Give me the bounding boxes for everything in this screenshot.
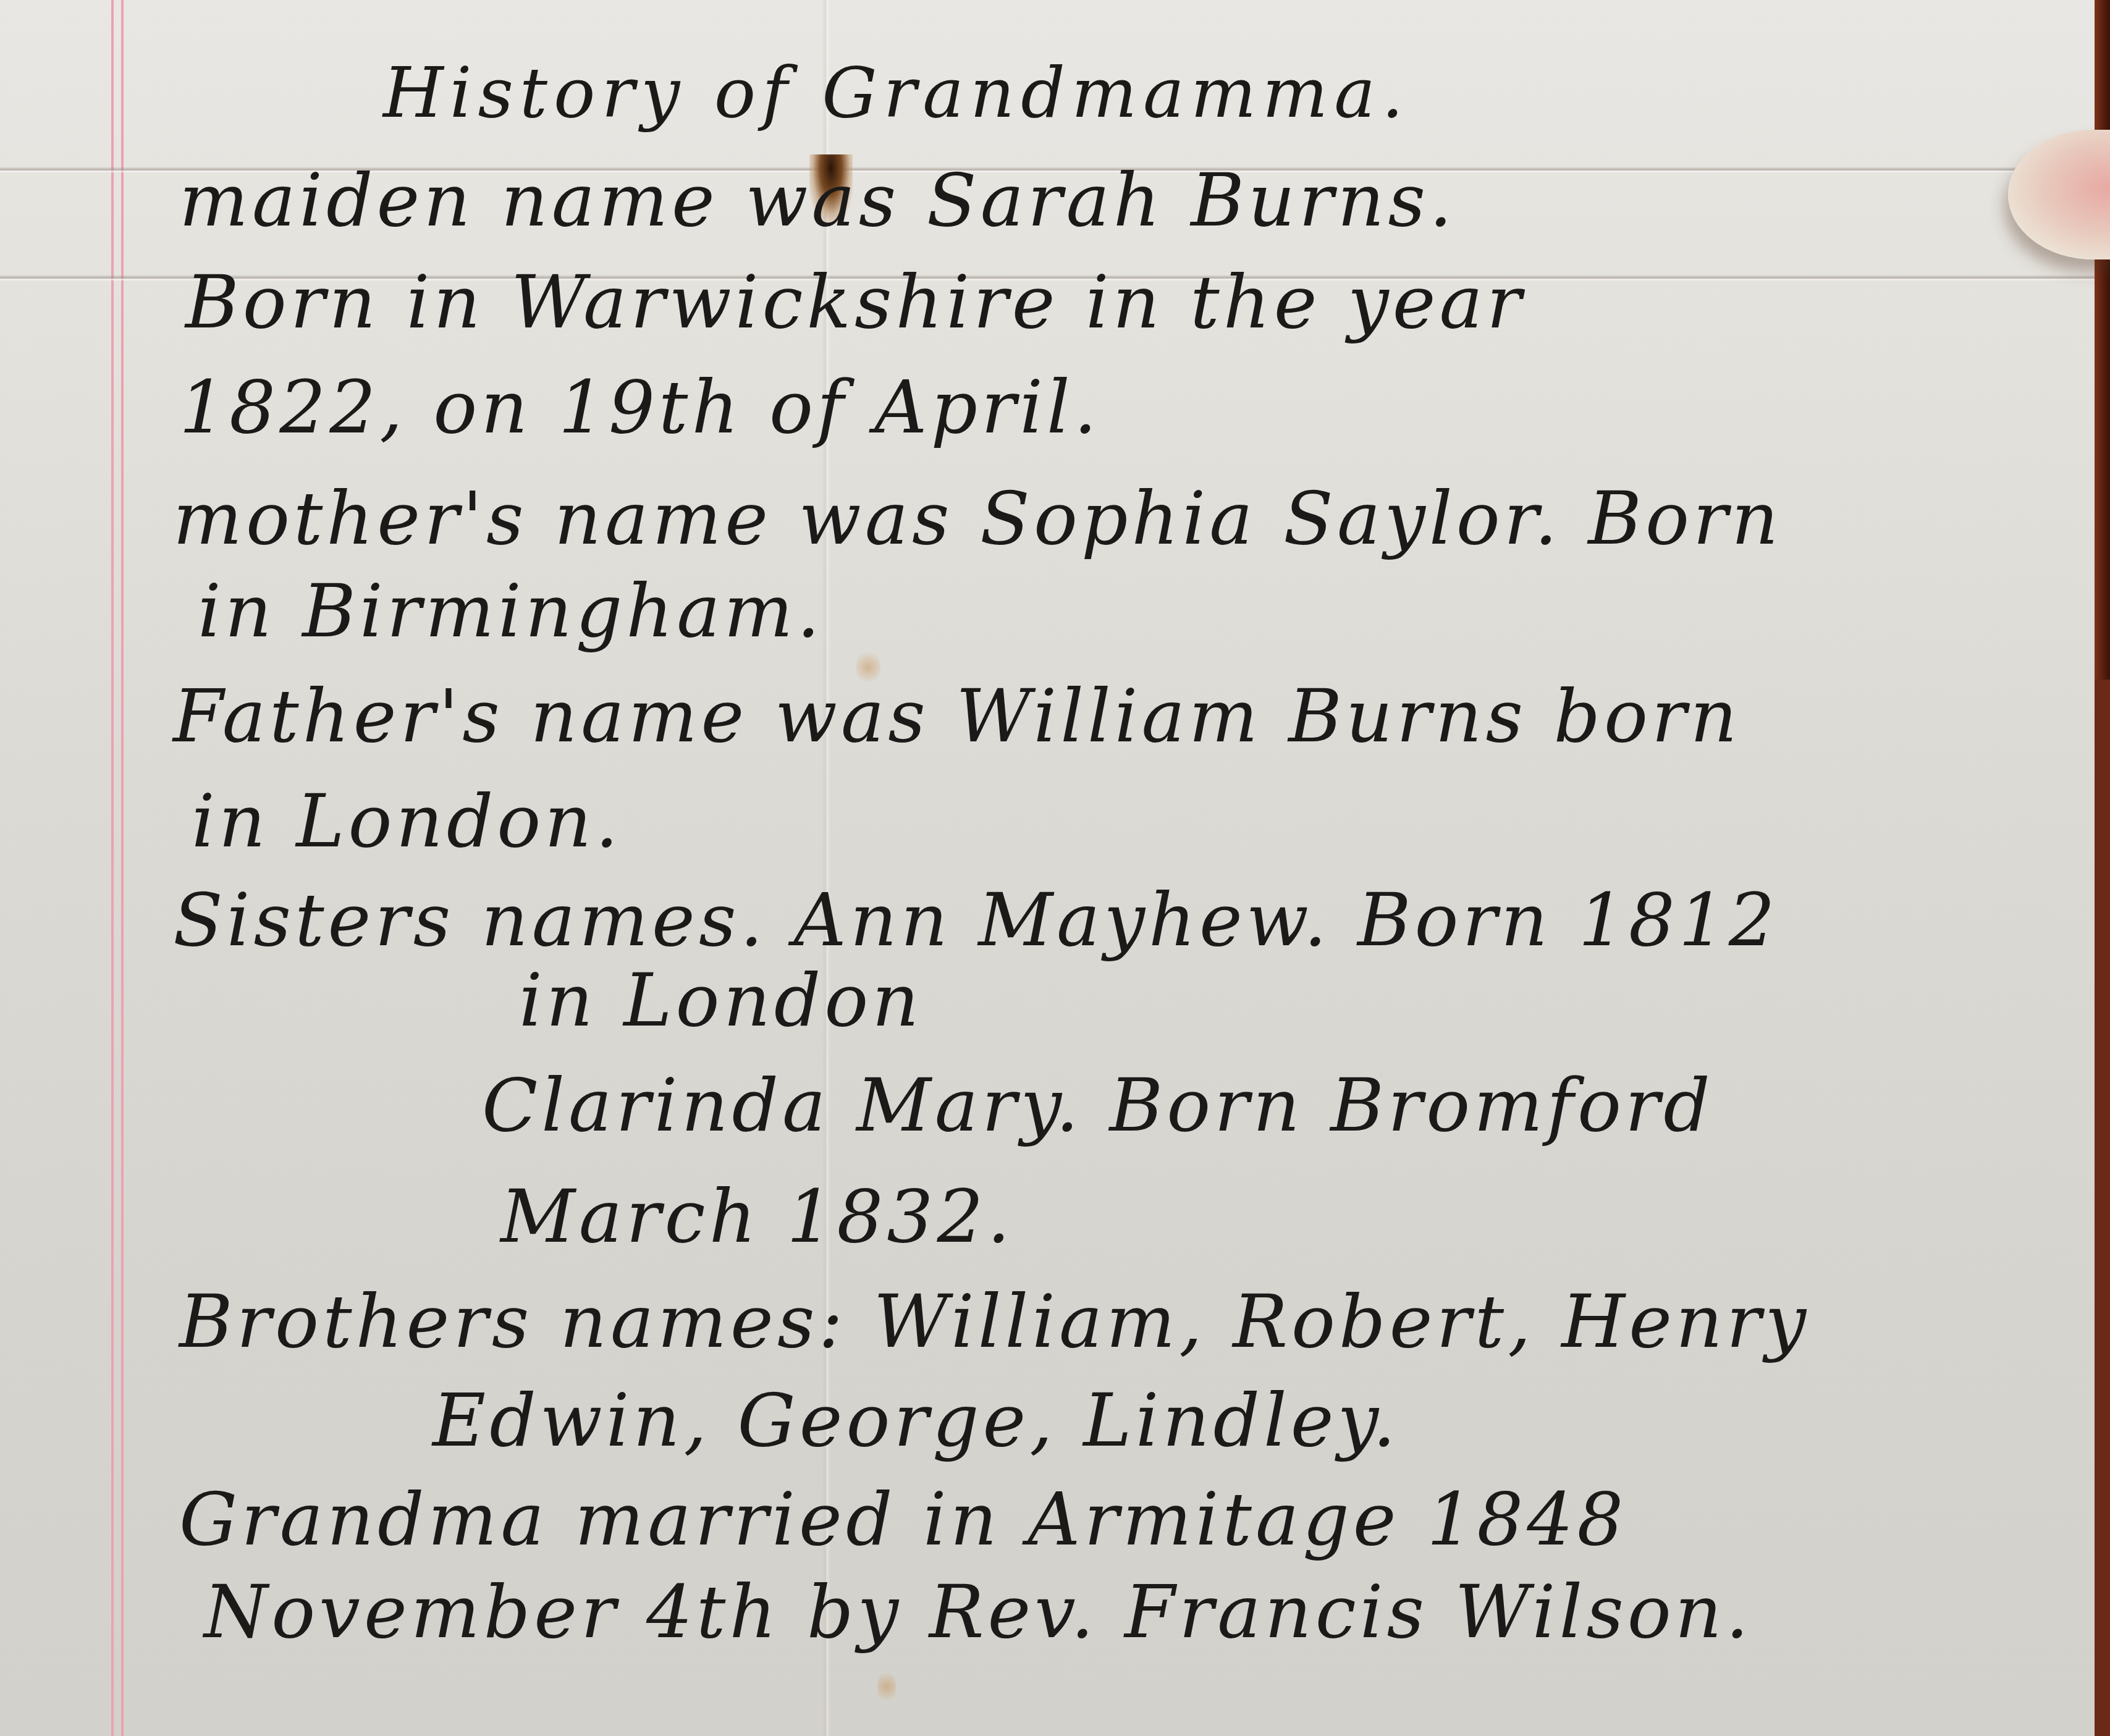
text-line: in London [519,964,922,1037]
text-line: 1822, on 19th of April. [179,371,1100,444]
text-line: Edwin, George, Lindley. [433,1384,1399,1457]
text-line: in Birmingham. [198,575,824,647]
text-line: maiden name was Sarah Burns. [179,164,1456,237]
text-line: Father's name was William Burns born [173,680,1741,752]
text-line: Brothers names: William, Robert, Henry [179,1285,1810,1358]
text-line: Grandma married in Armitage 1848 [179,1483,1627,1556]
text-line: November 4th by Rev. Francis Wilson. [204,1575,1752,1648]
paper-stain [877,1668,896,1705]
text-line: Born in Warwickshire in the year [185,266,1525,339]
text-line: Sisters names. Ann Mayhew. Born 1812 [173,883,1779,956]
text-line: Clarinda Mary. Born Bromford [482,1069,1714,1142]
margin-rule-left [111,0,114,1736]
text-line: in London. [192,785,622,857]
text-line: mother's name was Sophia Saylor. Born [173,482,1782,555]
margin-rule-right [121,0,124,1736]
document-title: History of Grandmamma. [383,59,1410,128]
handwritten-letter-page: History of Grandmamma. maiden name was S… [0,0,2095,1736]
text-line: March 1832. [500,1180,1014,1253]
